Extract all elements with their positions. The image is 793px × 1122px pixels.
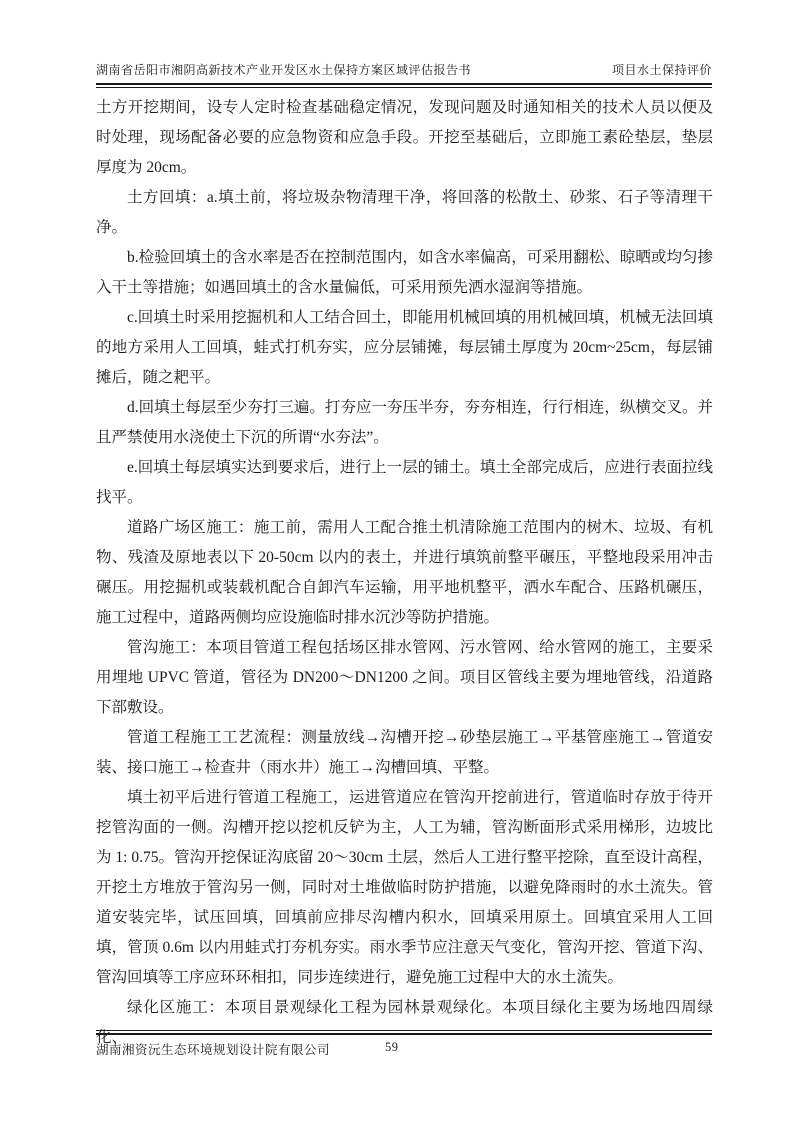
- header-rule-divider: [96, 83, 712, 88]
- header-left-title: 湖南省岳阳市湘阴高新技术产业开发区水土保持方案区域评估报告书: [96, 61, 471, 78]
- page-footer: 湖南湘资沅生态环境规划设计院有限公司 59: [96, 1040, 712, 1060]
- header-right-title: 项目水土保持评价: [612, 61, 712, 78]
- body-paragraph: b.检验回填土的含水率是否在控制范围内，如含水率偏高，可采用翻松、晾晒或均匀掺入…: [96, 243, 713, 303]
- body-paragraph: e.回填土每层填实达到要求后，进行上一层的铺土。填土全部完成后，应进行表面拉线找…: [96, 453, 713, 513]
- body-paragraph: 土方回填：a.填土前，将垃圾杂物清理干净，将回落的松散土、砂浆、石子等清理干净。: [96, 183, 713, 243]
- body-paragraph: d.回填土每层至少夯打三遍。打夯应一夯压半夯，夯夯相连，行行相连，纵横交叉。并且…: [96, 393, 713, 453]
- body-paragraph: 土方开挖期间，设专人定时检查基础稳定情况，发现问题及时通知相关的技术人员以便及时…: [96, 93, 713, 183]
- body-paragraph: c.回填土时采用挖掘机和人工结合回土，即能用机械回填的用机械回填，机械无法回填的…: [96, 303, 713, 393]
- document-page: 湖南省岳阳市湘阴高新技术产业开发区水土保持方案区域评估报告书 项目水土保持评价 …: [0, 0, 793, 1122]
- page-number: 59: [385, 1040, 399, 1055]
- document-body: 土方开挖期间，设专人定时检查基础稳定情况，发现问题及时通知相关的技术人员以便及时…: [96, 93, 713, 1053]
- footer-rule-divider: [96, 1030, 712, 1035]
- body-paragraph: 道路广场区施工：施工前，需用人工配合推土机清除施工范围内的树木、垃圾、有机物、残…: [96, 513, 713, 633]
- footer-company-name: 湖南湘资沅生态环境规划设计院有限公司: [96, 1040, 330, 1058]
- body-paragraph: 管道工程施工工艺流程：测量放线→沟槽开挖→砂垫层施工→平基管座施工→管道安装、接…: [96, 723, 713, 783]
- body-paragraph: 管沟施工：本项目管道工程包括场区排水管网、污水管网、给水管网的施工，主要采用埋地…: [96, 633, 713, 723]
- page-header: 湖南省岳阳市湘阴高新技术产业开发区水土保持方案区域评估报告书 项目水土保持评价: [96, 61, 712, 78]
- body-paragraph: 填土初平后进行管道工程施工，运进管道应在管沟开挖前进行，管道临时存放于待开挖管沟…: [96, 783, 713, 993]
